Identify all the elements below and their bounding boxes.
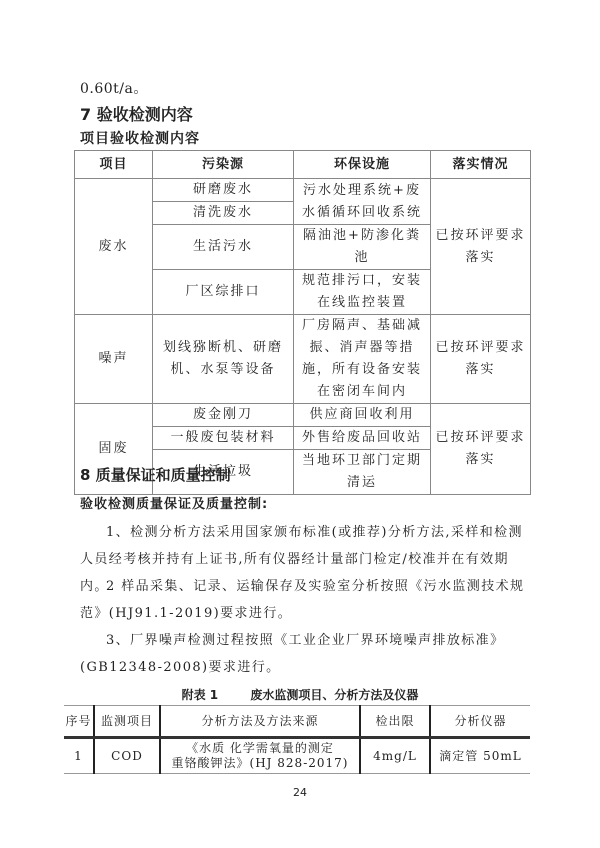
facility-cell: 规范排污口，安装在线监控装置 (294, 270, 431, 315)
method-line-1: 《水质 化学需氧量的测定 (161, 741, 359, 756)
facility-cell: 隔油池+防渗化粪池 (294, 225, 431, 270)
header-category: 项目 (75, 151, 153, 179)
paragraph-2: 2 样品采集、记录、运输保存及实验室分析按照《污水监测技术规范》(HJ91.1-… (80, 573, 530, 627)
source-cell: 划线猕断机、研磨机、水泵等设备 (153, 315, 294, 404)
source-cell: 厂区综排口 (153, 270, 294, 315)
paragraph-3: 3、厂界噪声检测过程按照《工业企业厂界环境噪声排放标准》(GB12348-200… (80, 627, 530, 681)
instrument-cell: 滴定管 50mL (430, 738, 530, 774)
section-7-subheading: 项目验收检测内容 (80, 128, 200, 148)
status-cell: 已按环评要求落实 (431, 315, 531, 404)
item-cell: COD (94, 738, 160, 774)
facility-cell: 当地环卫部门定期清运 (294, 450, 431, 495)
appendix-table-caption: 附表 1 废水监测项目、分析方法及仪器 (0, 686, 600, 703)
section-8-heading: 8 质量保证和质量控制 (80, 464, 231, 485)
source-cell: 清洗废水 (153, 202, 294, 225)
header-facility: 环保设施 (294, 151, 431, 179)
facility-cell: 外售给废品回收站 (294, 427, 431, 450)
header-status: 落实情况 (431, 151, 531, 179)
header-item: 监测项目 (94, 706, 160, 738)
acceptance-content-table: 项目 污染源 环保设施 落实情况 废水 研磨废水 污水处理系统+废水循循环回收系… (74, 150, 531, 495)
table-header-row: 项目 污染源 环保设施 落实情况 (75, 151, 531, 179)
appendix-table: 序号 监测项目 分析方法及方法来源 检出限 分析仪器 1 COD 《水质 化学需… (64, 705, 530, 774)
source-cell: 研磨废水 (153, 179, 294, 202)
category-cell: 噪声 (75, 315, 153, 404)
method-line-2: 重铬酸钾法》(HJ 828-2017) (161, 756, 359, 771)
page-number: 24 (0, 786, 600, 799)
header-limit: 检出限 (360, 706, 430, 738)
facility-cell: 污水处理系统+废水循循环回收系统 (294, 179, 431, 225)
header-instrument: 分析仪器 (430, 706, 530, 738)
facility-cell: 供应商回收利用 (294, 404, 431, 427)
facility-cell: 厂房隔声、基础减振、消声器等措施，所有设备安装在密闭车间内 (294, 315, 431, 404)
method-cell: 《水质 化学需氧量的测定 重铬酸钾法》(HJ 828-2017) (160, 738, 360, 774)
intro-line: 0.60t/a。 (80, 78, 148, 98)
table-row: 1 COD 《水质 化学需氧量的测定 重铬酸钾法》(HJ 828-2017) 4… (64, 738, 530, 774)
header-source: 污染源 (153, 151, 294, 179)
source-cell: 废金刚刀 (153, 404, 294, 427)
header-no: 序号 (64, 706, 94, 738)
category-cell: 废水 (75, 179, 153, 315)
section-8-subheading: 验收检测质量保证及质量控制: (80, 493, 268, 512)
source-cell: 生活污水 (153, 225, 294, 270)
appendix-header-row: 序号 监测项目 分析方法及方法来源 检出限 分析仪器 (64, 706, 530, 738)
table-row: 固废 废金刚刀 供应商回收利用 已按环评要求落实 (75, 404, 531, 427)
status-cell: 已按环评要求落实 (431, 179, 531, 315)
caption-label: 附表 1 (182, 688, 219, 702)
section-7-heading: 7 验收检测内容 (80, 102, 193, 125)
source-cell: 一般废包装材料 (153, 427, 294, 450)
status-cell: 已按环评要求落实 (431, 404, 531, 495)
no-cell: 1 (64, 738, 94, 774)
caption-title: 废水监测项目、分析方法及仪器 (250, 688, 418, 702)
table-row: 废水 研磨废水 污水处理系统+废水循循环回收系统 已按环评要求落实 (75, 179, 531, 202)
header-method: 分析方法及方法来源 (160, 706, 360, 738)
limit-cell: 4mg/L (360, 738, 430, 774)
table-row: 噪声 划线猕断机、研磨机、水泵等设备 厂房隔声、基础减振、消声器等措施，所有设备… (75, 315, 531, 404)
